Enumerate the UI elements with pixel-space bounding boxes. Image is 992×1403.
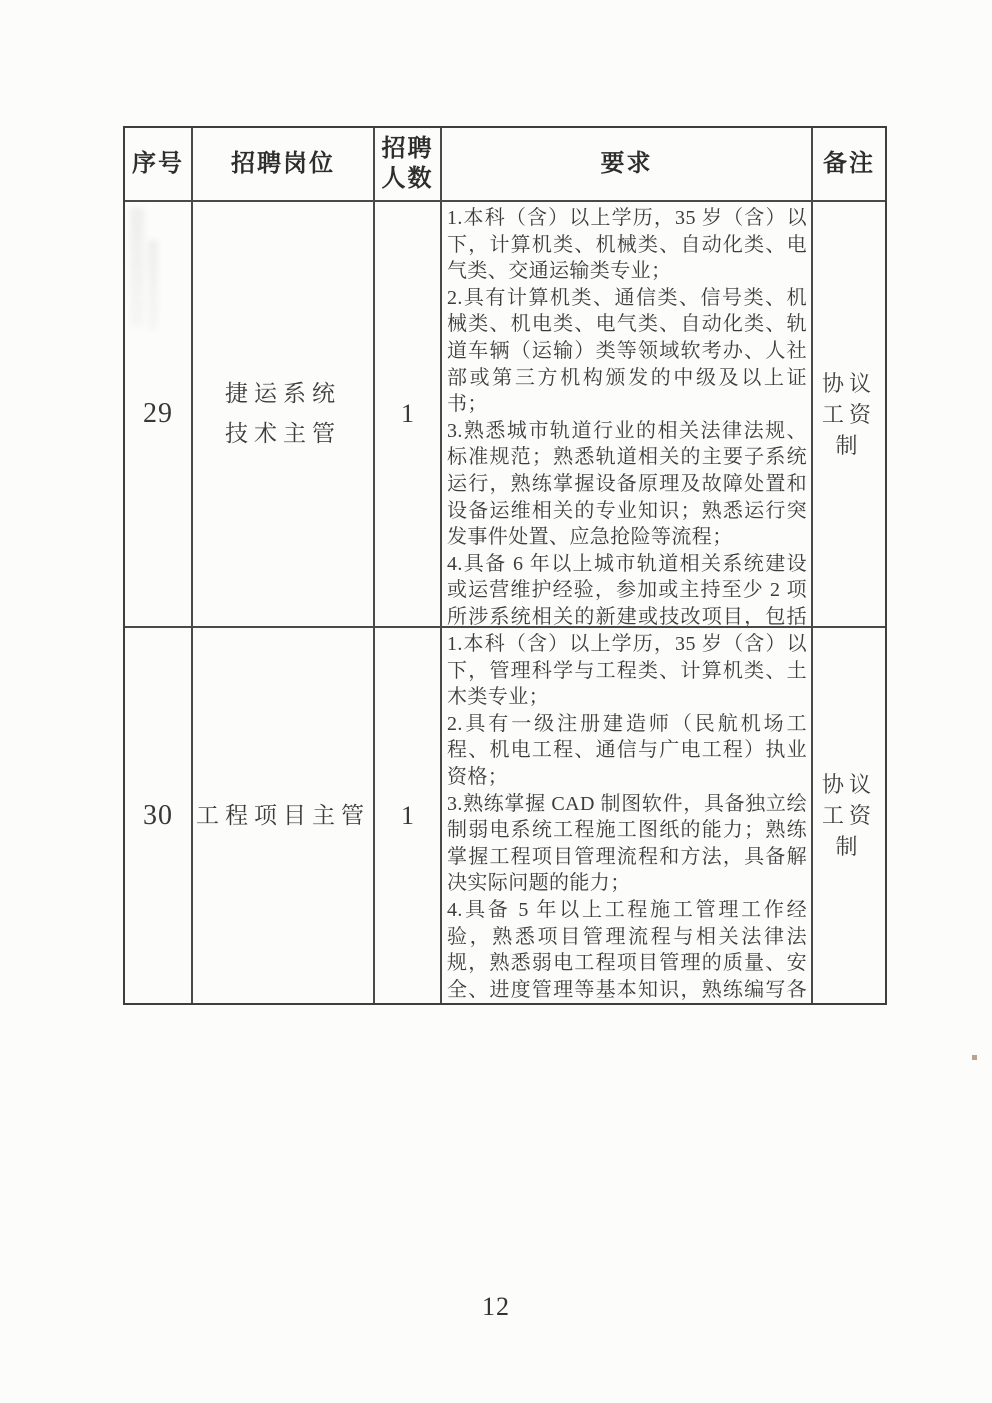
header-remark: 备注 <box>813 128 885 202</box>
row-29-count: 1 <box>375 202 442 628</box>
header-seq: 序号 <box>125 128 193 202</box>
row-29-remark: 协议工资制 <box>813 202 885 628</box>
remark-label: 协议工资制 <box>821 769 877 862</box>
remark-label: 协议工资制 <box>821 368 877 461</box>
row-30-remark: 协议工资制 <box>813 628 885 1003</box>
row-29-seq: 29 <box>125 202 193 628</box>
page-number: 12 <box>0 1292 992 1322</box>
position-label: 工程项目主管 <box>196 796 370 836</box>
scanned-document-page: 序号 招聘岗位 招聘人数 要求 备注 29 捷运系统技术主管 1 1.本科（含）… <box>0 0 992 1403</box>
row-30-seq: 30 <box>125 628 193 1003</box>
row-29-position: 捷运系统技术主管 <box>193 202 375 628</box>
header-position: 招聘岗位 <box>193 128 375 202</box>
header-requirements: 要求 <box>442 128 813 202</box>
header-count: 招聘人数 <box>375 128 442 202</box>
recruitment-table: 序号 招聘岗位 招聘人数 要求 备注 29 捷运系统技术主管 1 1.本科（含）… <box>123 126 887 1005</box>
row-29-requirements: 1.本科（含）以上学历，35 岁（含）以下，计算机类、机械类、自动化类、电气类、… <box>442 202 813 628</box>
scan-speck <box>972 1055 977 1060</box>
row-30-count: 1 <box>375 628 442 1003</box>
row-30-position: 工程项目主管 <box>193 628 375 1003</box>
position-label: 捷运系统技术主管 <box>225 374 341 454</box>
row-30-requirements: 1.本科（含）以上学历，35 岁（含）以下，管理科学与工程类、计算机类、土木类专… <box>442 628 813 1003</box>
